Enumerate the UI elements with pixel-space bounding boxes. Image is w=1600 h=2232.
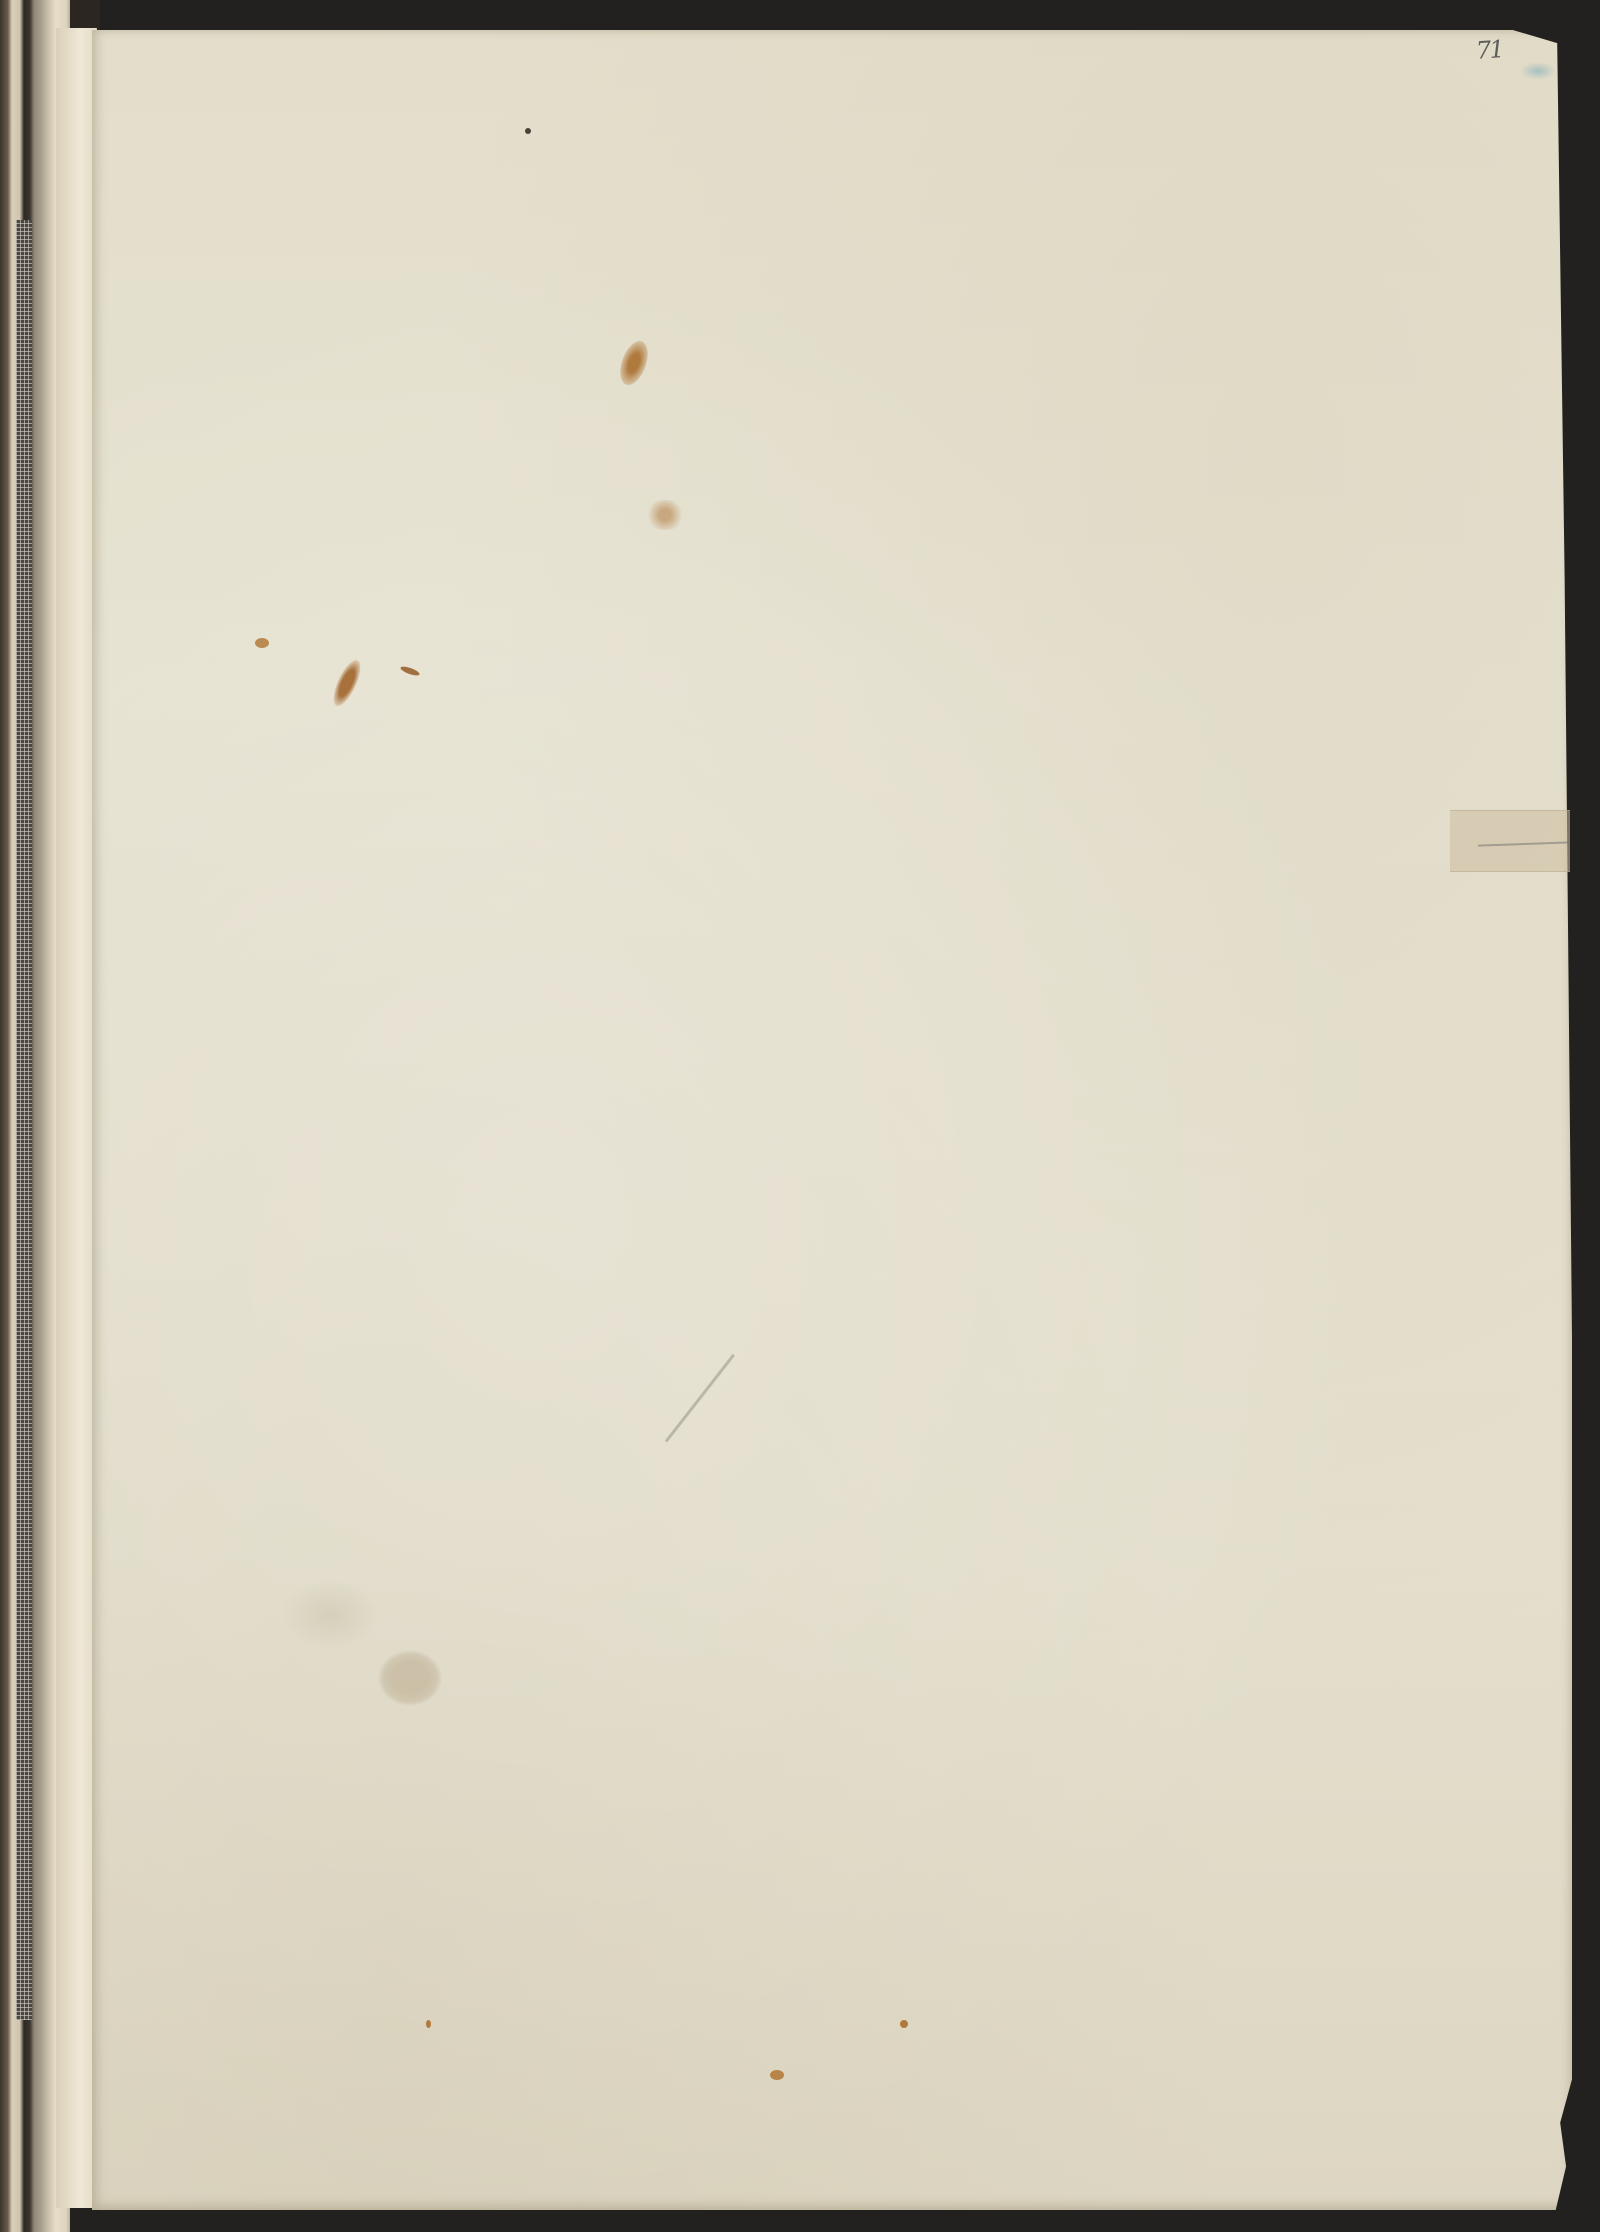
foxing-spot — [770, 2070, 784, 2080]
underlying-leaf-edge — [56, 28, 97, 2208]
foxing-spot — [255, 638, 269, 648]
spine-mesh-lining — [16, 220, 32, 2020]
foxing-spots — [640, 500, 690, 530]
folio-smudge — [1520, 62, 1556, 80]
foxing-spot — [900, 2020, 908, 2028]
foxing-spot — [426, 2020, 431, 2028]
ink-dot — [525, 128, 531, 134]
manuscript-page — [92, 30, 1572, 2210]
folio-number: 71 — [1475, 35, 1503, 65]
water-stain — [378, 1650, 442, 1706]
faint-stain — [280, 1580, 380, 1650]
